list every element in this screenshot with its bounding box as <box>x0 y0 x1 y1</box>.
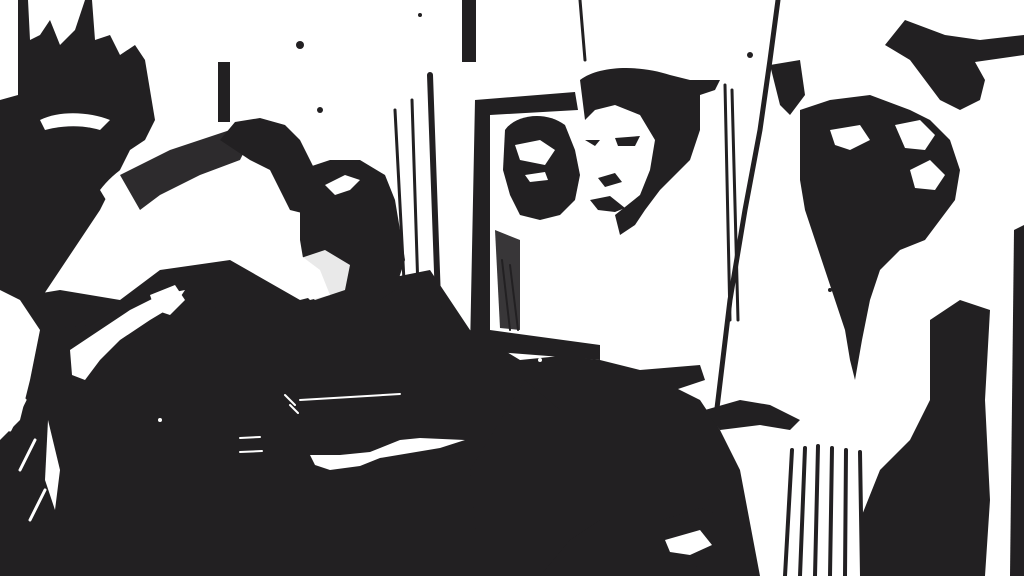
framed-portrait <box>470 92 600 360</box>
striped-robe <box>785 446 862 576</box>
bearded-man-right <box>705 20 1024 576</box>
robes-dark-mass <box>0 260 760 576</box>
posterized-photograph <box>0 0 1024 576</box>
photo-canvas <box>0 0 1024 576</box>
